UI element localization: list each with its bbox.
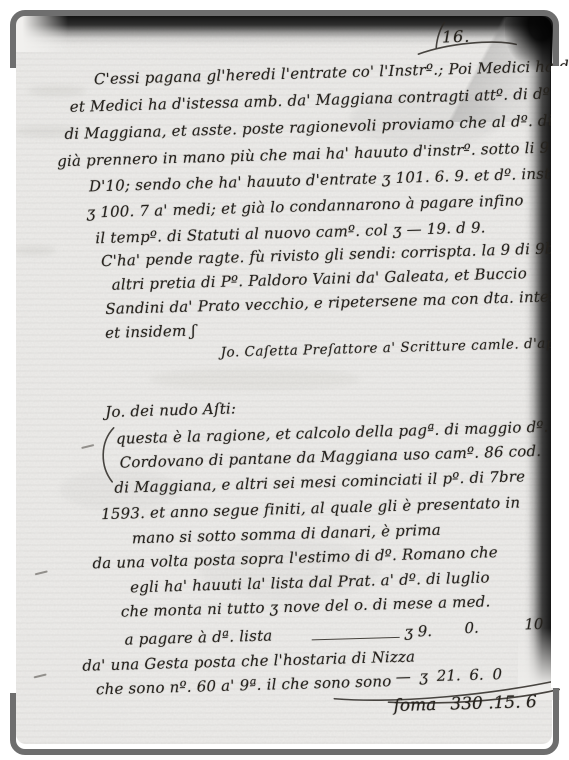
frame-left-washout [3, 68, 16, 693]
frame-right-washout [551, 66, 569, 688]
manuscript-page-scan: 16. C'essi pagana gl'heredi l'entrate co… [0, 0, 569, 760]
scan-border-frame [10, 10, 559, 755]
